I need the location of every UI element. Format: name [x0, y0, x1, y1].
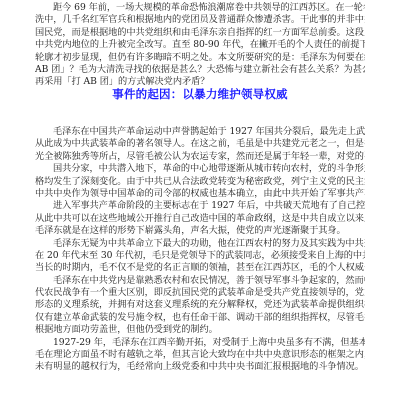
intro-line: 洗中，几千名红军官兵和根据地内的党团员及普通群众惨遭杀害。干此事的并非中共的死敌…	[35, 14, 365, 26]
body-line: 国共分家，中共潜入地下，革命的中心地带逐渐从城市转向农村，党的斗争形式、组织构成…	[35, 163, 365, 175]
body-line: 光全被陈独秀等所占，尽管毛被公认为农运专家，然而还是属于年轻一辈，对党的决策不起…	[35, 151, 365, 163]
body-line: 毛泽东在中共党内是靠熟悉农村和农民情况，善于领导军事斗争起家的，然而中国现代革命…	[35, 275, 365, 287]
body-line: 在 20 年代末至 30 年代初，毛只是党领导下的武装同志，必须接受来自上海的中…	[35, 250, 365, 262]
body-line: 当长的时期内，毛不仅不是党的名正言顺的领袖，甚至在江西苏区，毛的个人权威也还未彻…	[35, 262, 365, 274]
body-line: 中共中央作为领导中国革命的司令部的权威也基本确立，由此中共开始了军事共产革命阶段…	[35, 188, 365, 200]
body-line: 未有明显的越权行为，毛经常向上级党委和中共中央书面汇报根据地的斗争情况。	[35, 361, 365, 373]
document-page: 距今 69 年前，一场大规模的革命恐怖浪潮席卷中共领导的江西苏区。在一轮名曰「肃…	[0, 0, 400, 400]
body-line: 从此成为中共武装革命的著名领导人。在这之前，毛虽是中共建党元老之一，但是在 19…	[35, 138, 365, 150]
body-line: 毛泽东在中国共产革命运动中声誉鹊起始于 1927 年国共分裂后，最先走上武装反抗…	[35, 126, 365, 138]
body-line: 从此中共可以在这些地域公开推行自己改造中国的革命政纲，这是中共自成立以来从未遭遇…	[35, 213, 365, 225]
intro-paragraph: 距今 69 年前，一场大规模的革命恐怖浪潮席卷中共领导的江西苏区。在一轮名曰「肃…	[35, 2, 365, 89]
intro-line: 距今 69 年前，一场大规模的革命恐怖浪潮席卷中共领导的江西苏区。在一轮名曰「肃…	[35, 2, 365, 14]
body-line: 格均发生了深刻变化。由于中共已从合法政党转变为秘密政党，列宁主义党的民主集中制已…	[35, 176, 365, 188]
body-line: 1927-29 年，毛泽东在江西辛勤开拓，对受制于上海中央虽多有不满，但基本上对…	[35, 337, 365, 349]
body-line: 代农民战争有一个重大区别，即反抗国民党的武装革命是受共产党直接领导的，党为武装革…	[35, 287, 365, 299]
body-line: 根据地方面功劳盖世，但他仍受到党的制约。	[35, 324, 365, 336]
intro-line: 轮廓才初步显现，但仍有许多晦暗不明之处。本文所要研究的是：毛泽东为何要在红军和根…	[35, 52, 365, 64]
body-line: 进入军事共产革命阶段的主要标志在于 1927 年后，中共破天荒地有了自己控制的地…	[35, 200, 365, 212]
body-line: 形态的义理系统，并拥有对这套义理系统的充分解释权，党还为武装革命提供组织框架和干…	[35, 299, 365, 311]
body-paragraph: 毛泽东在中国共产革命运动中声誉鹊起始于 1927 年国共分裂后，最先走上武装反抗…	[35, 126, 365, 374]
body-line: 毛在理论方面虽不时有越轨之举，但其言论大致均在中共中央意识形态的框架之内，毛在组…	[35, 349, 365, 361]
section-heading: 事件的起因：以暴力维护领导权威	[0, 86, 400, 102]
body-line: 毛泽东就是在这样的形势下崭露头角，声名大振，使党的声光逐渐聚于其身。	[35, 225, 365, 237]
intro-line: AB 团」？毛为大清洗寻找的依据是甚么？大恐怖与建立新社会有甚么关系？为甚么毛在…	[35, 64, 365, 76]
intro-line: 国民党，而是根据地的中共党组织和由毛泽东亲自指挥的红一方面军总前委。这段史实以后…	[35, 27, 365, 39]
body-line: 仅有建立革命武装的发号施令权，也有任命干部、调动干部的组织指挥权，尽管毛在创建红…	[35, 312, 365, 324]
body-line: 毛泽东无疑为中共革命立下最大的功勋，他在江西农村的努力及其实践为中共开辟了一条新…	[35, 238, 365, 250]
intro-line: 中共党内地位的上升被完全改写。直至 80-90 年代，在撇开毛的个人责任的前提下…	[35, 39, 365, 51]
